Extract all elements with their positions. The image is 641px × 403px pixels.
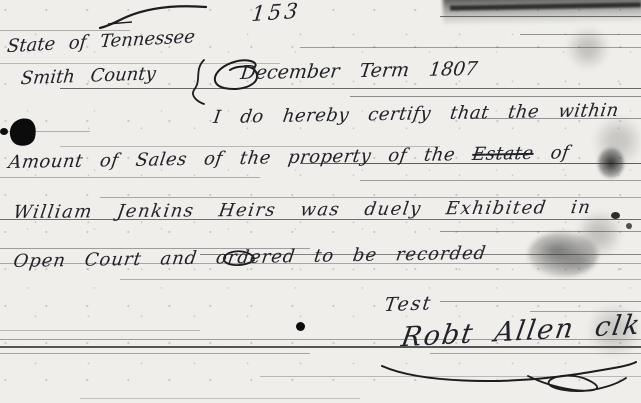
county-line: Smith County (20, 63, 157, 89)
ink-blot (7, 115, 39, 149)
scan-line (350, 96, 641, 97)
page-number: 153 (250, 0, 302, 26)
jenkins-line: William Jenkins Heirs was duely Exhibite… (12, 197, 593, 223)
scan-band-core (450, 2, 641, 10)
test-label: Test (383, 292, 434, 316)
scan-band-top-right (443, 0, 641, 26)
scan-line (440, 231, 641, 232)
scan-line (430, 353, 641, 354)
amount-line-post: of (549, 142, 570, 163)
gray-smudge (528, 232, 598, 277)
dark-blob-right (598, 148, 624, 178)
scan-line (0, 177, 260, 178)
scan-line (0, 330, 200, 331)
ink-dot (611, 212, 620, 219)
amount-line-struck-word: Estate (471, 143, 535, 165)
signature-flourish (378, 356, 640, 398)
state-line: State of Tennessee (6, 26, 196, 57)
scan-line (60, 88, 641, 89)
scan-line (120, 279, 641, 280)
ink-dot (626, 223, 632, 229)
scan-line (0, 346, 641, 348)
clerk-signature: Robt Allen clk (399, 309, 641, 353)
ink-blot-satellite (0, 128, 8, 135)
amount-line-pre: Amount of Sales of the property of the (7, 144, 457, 173)
scan-line (80, 398, 360, 399)
scan-line (440, 16, 641, 17)
scanned-document-page: 153 State of Tennessee Smith County Dece… (0, 0, 641, 403)
open-court-line: Open Court and ordered to be recorded (12, 243, 488, 272)
term-line: December Term 1807 (239, 58, 479, 84)
scan-line (0, 353, 310, 354)
scan-line (520, 34, 641, 35)
scan-line (300, 47, 641, 48)
ink-dot (296, 322, 305, 331)
certify-line: I do hereby certify that the within (212, 100, 620, 128)
scan-line (360, 180, 641, 181)
amount-line: Amount of Sales of the property of the E… (7, 142, 571, 173)
scan-line (440, 301, 641, 302)
